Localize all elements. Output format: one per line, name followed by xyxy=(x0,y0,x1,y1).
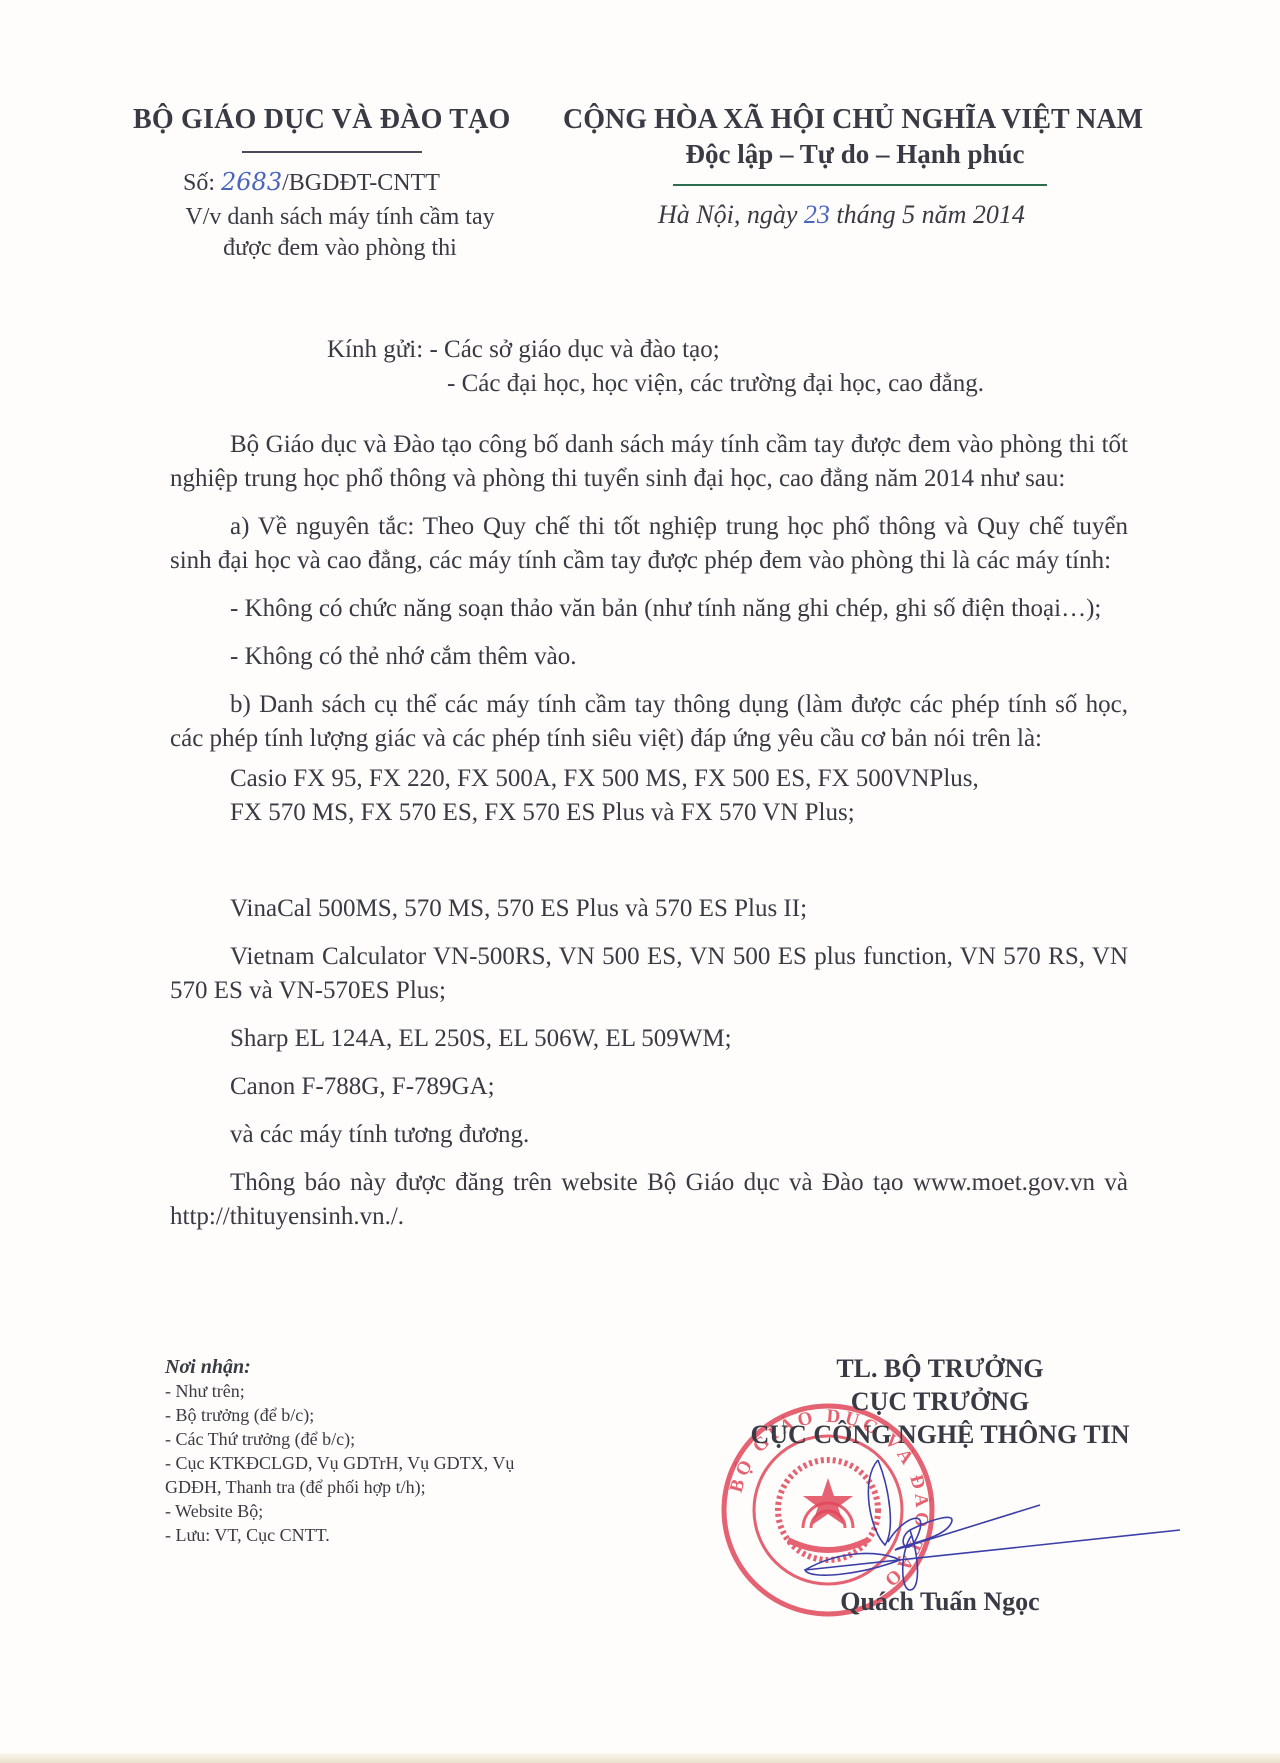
page-bottom-edge xyxy=(0,1753,1280,1763)
distribution-item: - Lưu: VT, Cục CNTT. xyxy=(165,1523,514,1547)
subject-line-1: V/v danh sách máy tính cầm tay xyxy=(150,202,530,233)
distribution-item: - Website Bộ; xyxy=(165,1499,514,1523)
signature-title-block: TL. BỘ TRƯỞNG CỤC TRƯỞNG CỤC CÔNG NGHỆ T… xyxy=(700,1352,1180,1451)
subject-line-2: được đem vào phòng thi xyxy=(150,233,530,264)
motto-underline xyxy=(673,184,1047,186)
signature-line-2: CỤC TRƯỞNG xyxy=(700,1385,1180,1418)
section-a-paragraph: a) Về nguyên tắc: Theo Quy chế thi tốt n… xyxy=(170,510,1128,578)
recipients-label: Kính gửi: xyxy=(327,336,423,363)
vinacal-paragraph: VinaCal 500MS, 570 MS, 570 ES Plus và 57… xyxy=(170,892,1128,926)
date-suffix: tháng 5 năm 2014 xyxy=(836,200,1025,229)
signer-name: Quách Tuấn Ngọc xyxy=(700,1587,1180,1617)
document-page: BỘ GIÁO DỤC VÀ ĐÀO TẠO Số: 2683/BGDĐT-CN… xyxy=(0,0,1280,1763)
signature-line-1: TL. BỘ TRƯỞNG xyxy=(700,1352,1180,1385)
sharp-paragraph: Sharp EL 124A, EL 250S, EL 506W, EL 509W… xyxy=(170,1022,1128,1056)
recipients-block: Kính gửi: - Các sở giáo dục và đào tạo; … xyxy=(327,333,984,401)
section-b-paragraph: b) Danh sách cụ thể các máy tính cầm tay… xyxy=(170,688,1128,756)
ministry-name: BỘ GIÁO DỤC VÀ ĐÀO TẠO xyxy=(133,104,511,136)
distribution-item: - Bộ trưởng (để b/c); xyxy=(165,1403,514,1427)
recipient-item: - Các sở giáo dục và đào tạo; xyxy=(429,336,719,363)
signature-line-3: CỤC CÔNG NGHỆ THÔNG TIN xyxy=(700,1418,1180,1451)
casio-line-2: FX 570 MS, FX 570 ES, FX 570 ES Plus và … xyxy=(170,796,1128,830)
casio-line-1: Casio FX 95, FX 220, FX 500A, FX 500 MS,… xyxy=(170,762,1128,796)
distribution-item: GDĐH, Thanh tra (để phối hợp t/h); xyxy=(165,1475,514,1499)
canon-paragraph: Canon F-788G, F-789GA; xyxy=(170,1070,1128,1104)
rule-2-paragraph: - Không có thẻ nhớ cắm thêm vào. xyxy=(170,640,1128,674)
document-number: Số: 2683/BGDĐT-CNTT xyxy=(183,168,440,197)
doc-number-handwritten: 2683 xyxy=(221,168,282,196)
doc-number-label: Số: xyxy=(183,170,215,196)
distribution-title: Nơi nhận: xyxy=(165,1355,514,1379)
blank-gap xyxy=(170,830,1128,892)
date-line: Hà Nội, ngày 23 tháng 5 năm 2014 xyxy=(658,200,1025,230)
subject-line: V/v danh sách máy tính cầm tay được đem … xyxy=(150,202,530,264)
national-motto: Độc lập – Tự do – Hạnh phúc xyxy=(620,139,1090,170)
rule-1-paragraph: - Không có chức năng soạn thảo văn bản (… xyxy=(170,592,1128,626)
notice-paragraph: Thông báo này được đăng trên website Bộ … xyxy=(170,1166,1128,1234)
equivalent-paragraph: và các máy tính tương đương. xyxy=(170,1118,1128,1152)
distribution-item: - Cục KTKĐCLGD, Vụ GDTrH, Vụ GDTX, Vụ xyxy=(165,1451,514,1475)
handwritten-signature-icon xyxy=(800,1450,1180,1600)
distribution-item: - Các Thứ trưởng (để b/c); xyxy=(165,1427,514,1451)
date-day-handwritten: 23 xyxy=(804,200,830,229)
ministry-underline xyxy=(242,151,422,153)
vietnam-calculator-paragraph: Vietnam Calculator VN-500RS, VN 500 ES, … xyxy=(170,940,1128,1008)
republic-title: CỘNG HÒA XÃ HỘI CHỦ NGHĨA VIỆT NAM xyxy=(563,104,1143,136)
doc-number-suffix: /BGDĐT-CNTT xyxy=(282,170,440,196)
recipient-item: - Các đại học, học viện, các trường đại … xyxy=(327,367,984,401)
distribution-list: Nơi nhận: - Như trên; - Bộ trưởng (để b/… xyxy=(165,1355,514,1547)
intro-paragraph: Bộ Giáo dục và Đào tạo công bố danh sách… xyxy=(170,428,1128,496)
distribution-item: - Như trên; xyxy=(165,1379,514,1403)
date-prefix: Hà Nội, ngày xyxy=(658,200,797,229)
document-body: Bộ Giáo dục và Đào tạo công bố danh sách… xyxy=(170,428,1128,1248)
